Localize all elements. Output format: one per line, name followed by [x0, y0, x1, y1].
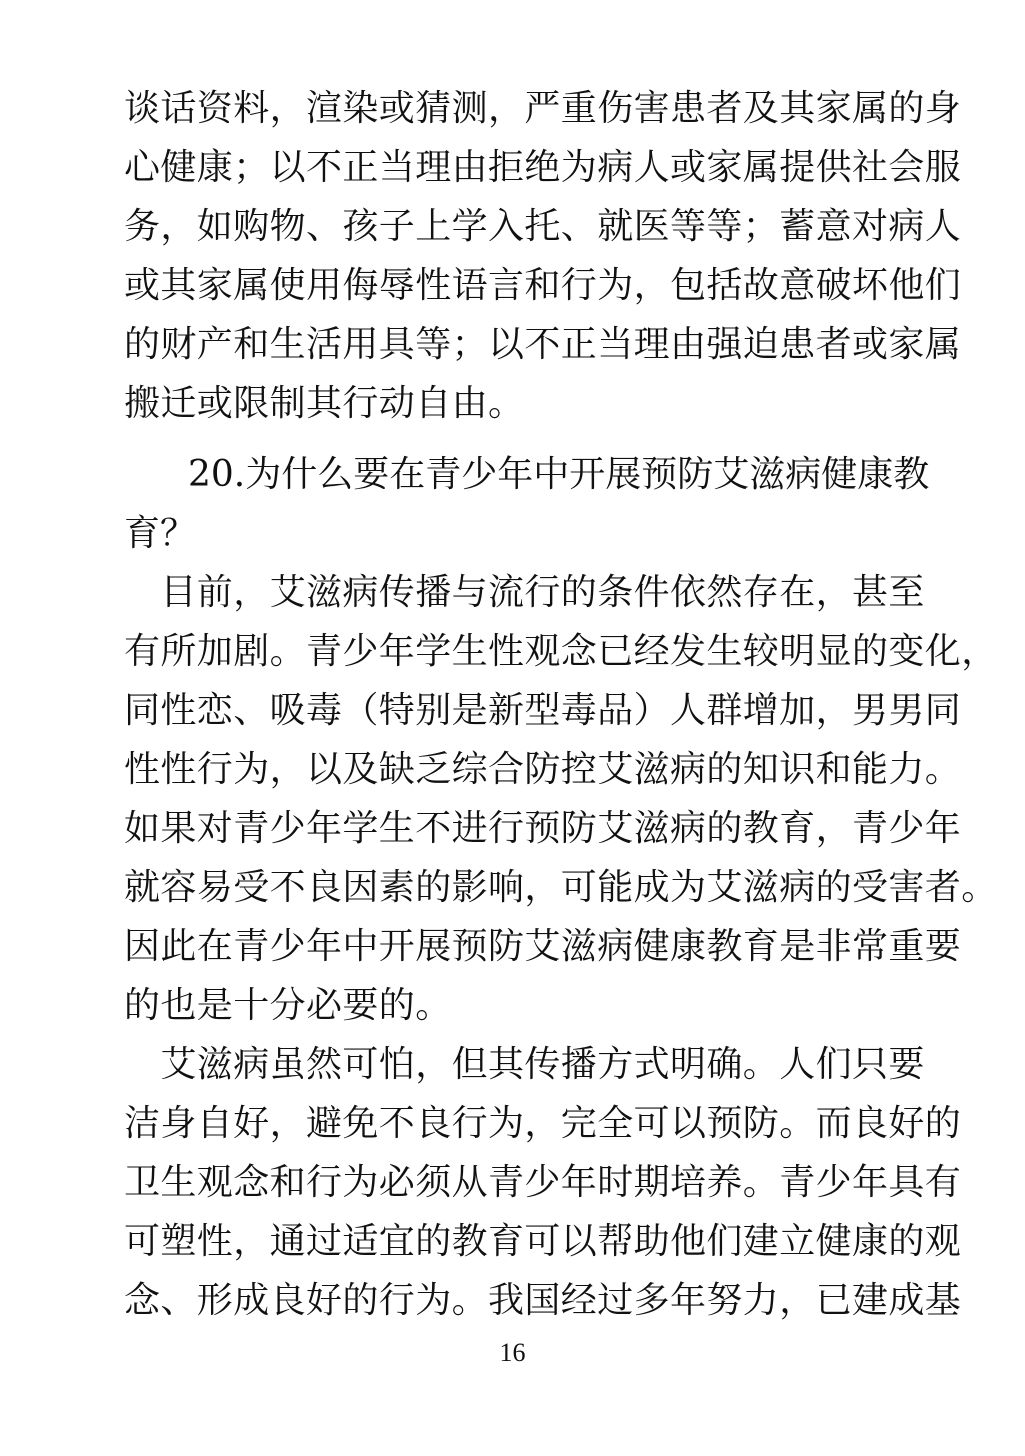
page-number: 16: [0, 1338, 1025, 1368]
text-line: 洁身自好，避免不良行为，完全可以预防。而良好的: [124, 1099, 902, 1149]
text-line: 卫生观念和行为必须从青少年时期培养。青少年具有: [124, 1158, 902, 1208]
text-line: 艾滋病虽然可怕，但其传播方式明确。人们只要: [124, 1040, 902, 1090]
text-line: 或其家属使用侮辱性语言和行为，包括故意破坏他们: [124, 261, 902, 311]
text-line: 同性恋、吸毒（特别是新型毒品）人群增加，男男同: [124, 686, 902, 736]
document-page: 谈话资料，渲染或猜测，严重伤害患者及其家属的身 心健康；以不正当理由拒绝为病人或…: [0, 0, 1025, 1456]
section-heading: 20.为什么要在青少年中开展预防艾滋病健康教: [188, 450, 878, 500]
text-line: 念、形成良好的行为。我国经过多年努力，已建成基: [124, 1276, 902, 1326]
text-line: 目前，艾滋病传播与流行的条件依然存在，甚至: [124, 568, 902, 618]
section-heading-continuation: 育？: [124, 509, 196, 559]
text-line: 谈话资料，渲染或猜测，严重伤害患者及其家属的身: [124, 84, 902, 134]
text-line: 如果对青少年学生不进行预防艾滋病的教育，青少年: [124, 804, 902, 854]
text-line: 搬迁或限制其行动自由。: [124, 379, 902, 429]
text-line: 因此在青少年中开展预防艾滋病健康教育是非常重要: [124, 922, 902, 972]
text-line: 的也是十分必要的。: [124, 981, 902, 1031]
text-line: 可塑性，通过适宜的教育可以帮助他们建立健康的观: [124, 1217, 902, 1267]
text-line: 的财产和生活用具等；以不正当理由强迫患者或家属: [124, 320, 902, 370]
text-line: 心健康；以不正当理由拒绝为病人或家属提供社会服: [124, 143, 902, 193]
text-line: 务，如购物、孩子上学入托、就医等等；蓄意对病人: [124, 202, 902, 252]
text-line: 性性行为，以及缺乏综合防控艾滋病的知识和能力。: [124, 745, 902, 795]
text-line: 就容易受不良因素的影响，可能成为艾滋病的受害者。: [124, 863, 902, 913]
text-line: 有所加剧。青少年学生性观念已经发生较明显的变化，: [124, 627, 902, 677]
